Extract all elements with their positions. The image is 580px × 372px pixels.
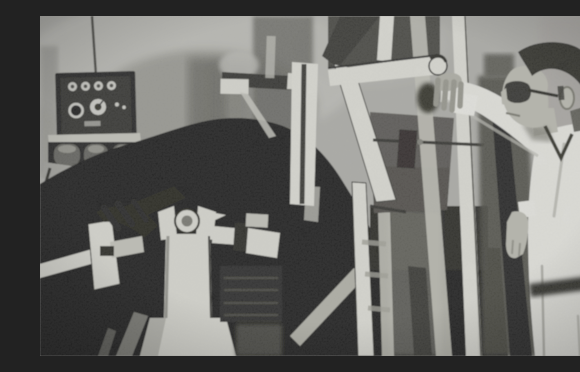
photo-canvas: Black-and-white laboratory photograph bbox=[40, 16, 580, 356]
photograph: Black-and-white laboratory photograph bbox=[40, 16, 580, 356]
vignette bbox=[40, 16, 580, 356]
film-grain bbox=[40, 16, 580, 356]
